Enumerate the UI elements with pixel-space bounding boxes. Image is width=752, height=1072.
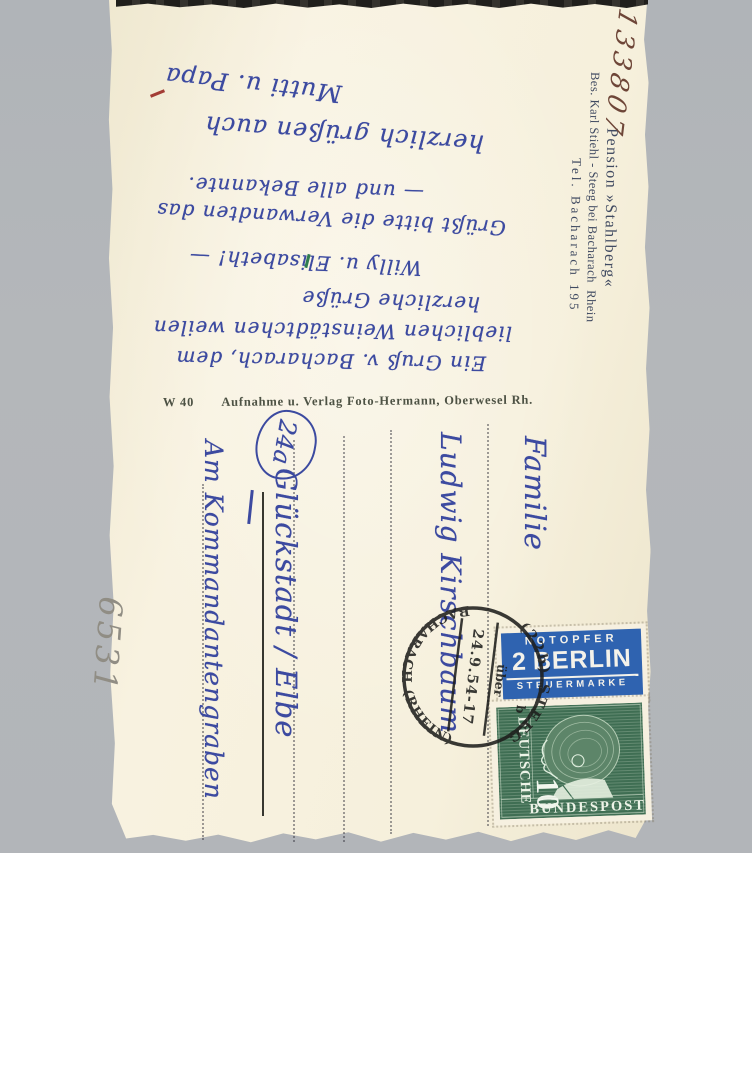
- address-recipient-family: Familie: [520, 436, 549, 551]
- postmark-date: 24.9.54-17: [458, 628, 487, 726]
- side-imprint-phone: Tel. Bacharach 195: [566, 158, 585, 313]
- postmark-region-arc: BACHARACH (RHEIN): [389, 594, 472, 749]
- address-city: Glückstadt / Elbe: [271, 468, 300, 738]
- address-rule-line: [343, 436, 345, 842]
- publisher-imprint: W 40 Aufnahme u. Verlag Foto-Hermann, Ob…: [163, 393, 533, 411]
- postmark-via: über: [491, 663, 510, 697]
- postmark-bacharach: (22b) STEEG b über 24.9.54-17 BACHARACH …: [388, 592, 558, 762]
- city-underline: [262, 492, 264, 816]
- side-imprint-pension: Pension »Stahlberg«: [600, 128, 621, 288]
- publisher-code: W 40: [163, 395, 194, 409]
- postal-zone-number: 24a: [269, 418, 300, 466]
- postcard-scan: Mutti u. Papa herzlich grüßen auch — und…: [0, 0, 752, 1072]
- address-street: Am Kommandantengraben: [201, 440, 226, 800]
- postmark-letter: b: [513, 704, 528, 714]
- pencil-dealer-code: 6531: [85, 595, 130, 695]
- postmark-zone-office-arc: (22b) STEEG: [501, 617, 558, 750]
- publisher-text: Aufnahme u. Verlag Foto-Hermann, Oberwes…: [221, 393, 533, 409]
